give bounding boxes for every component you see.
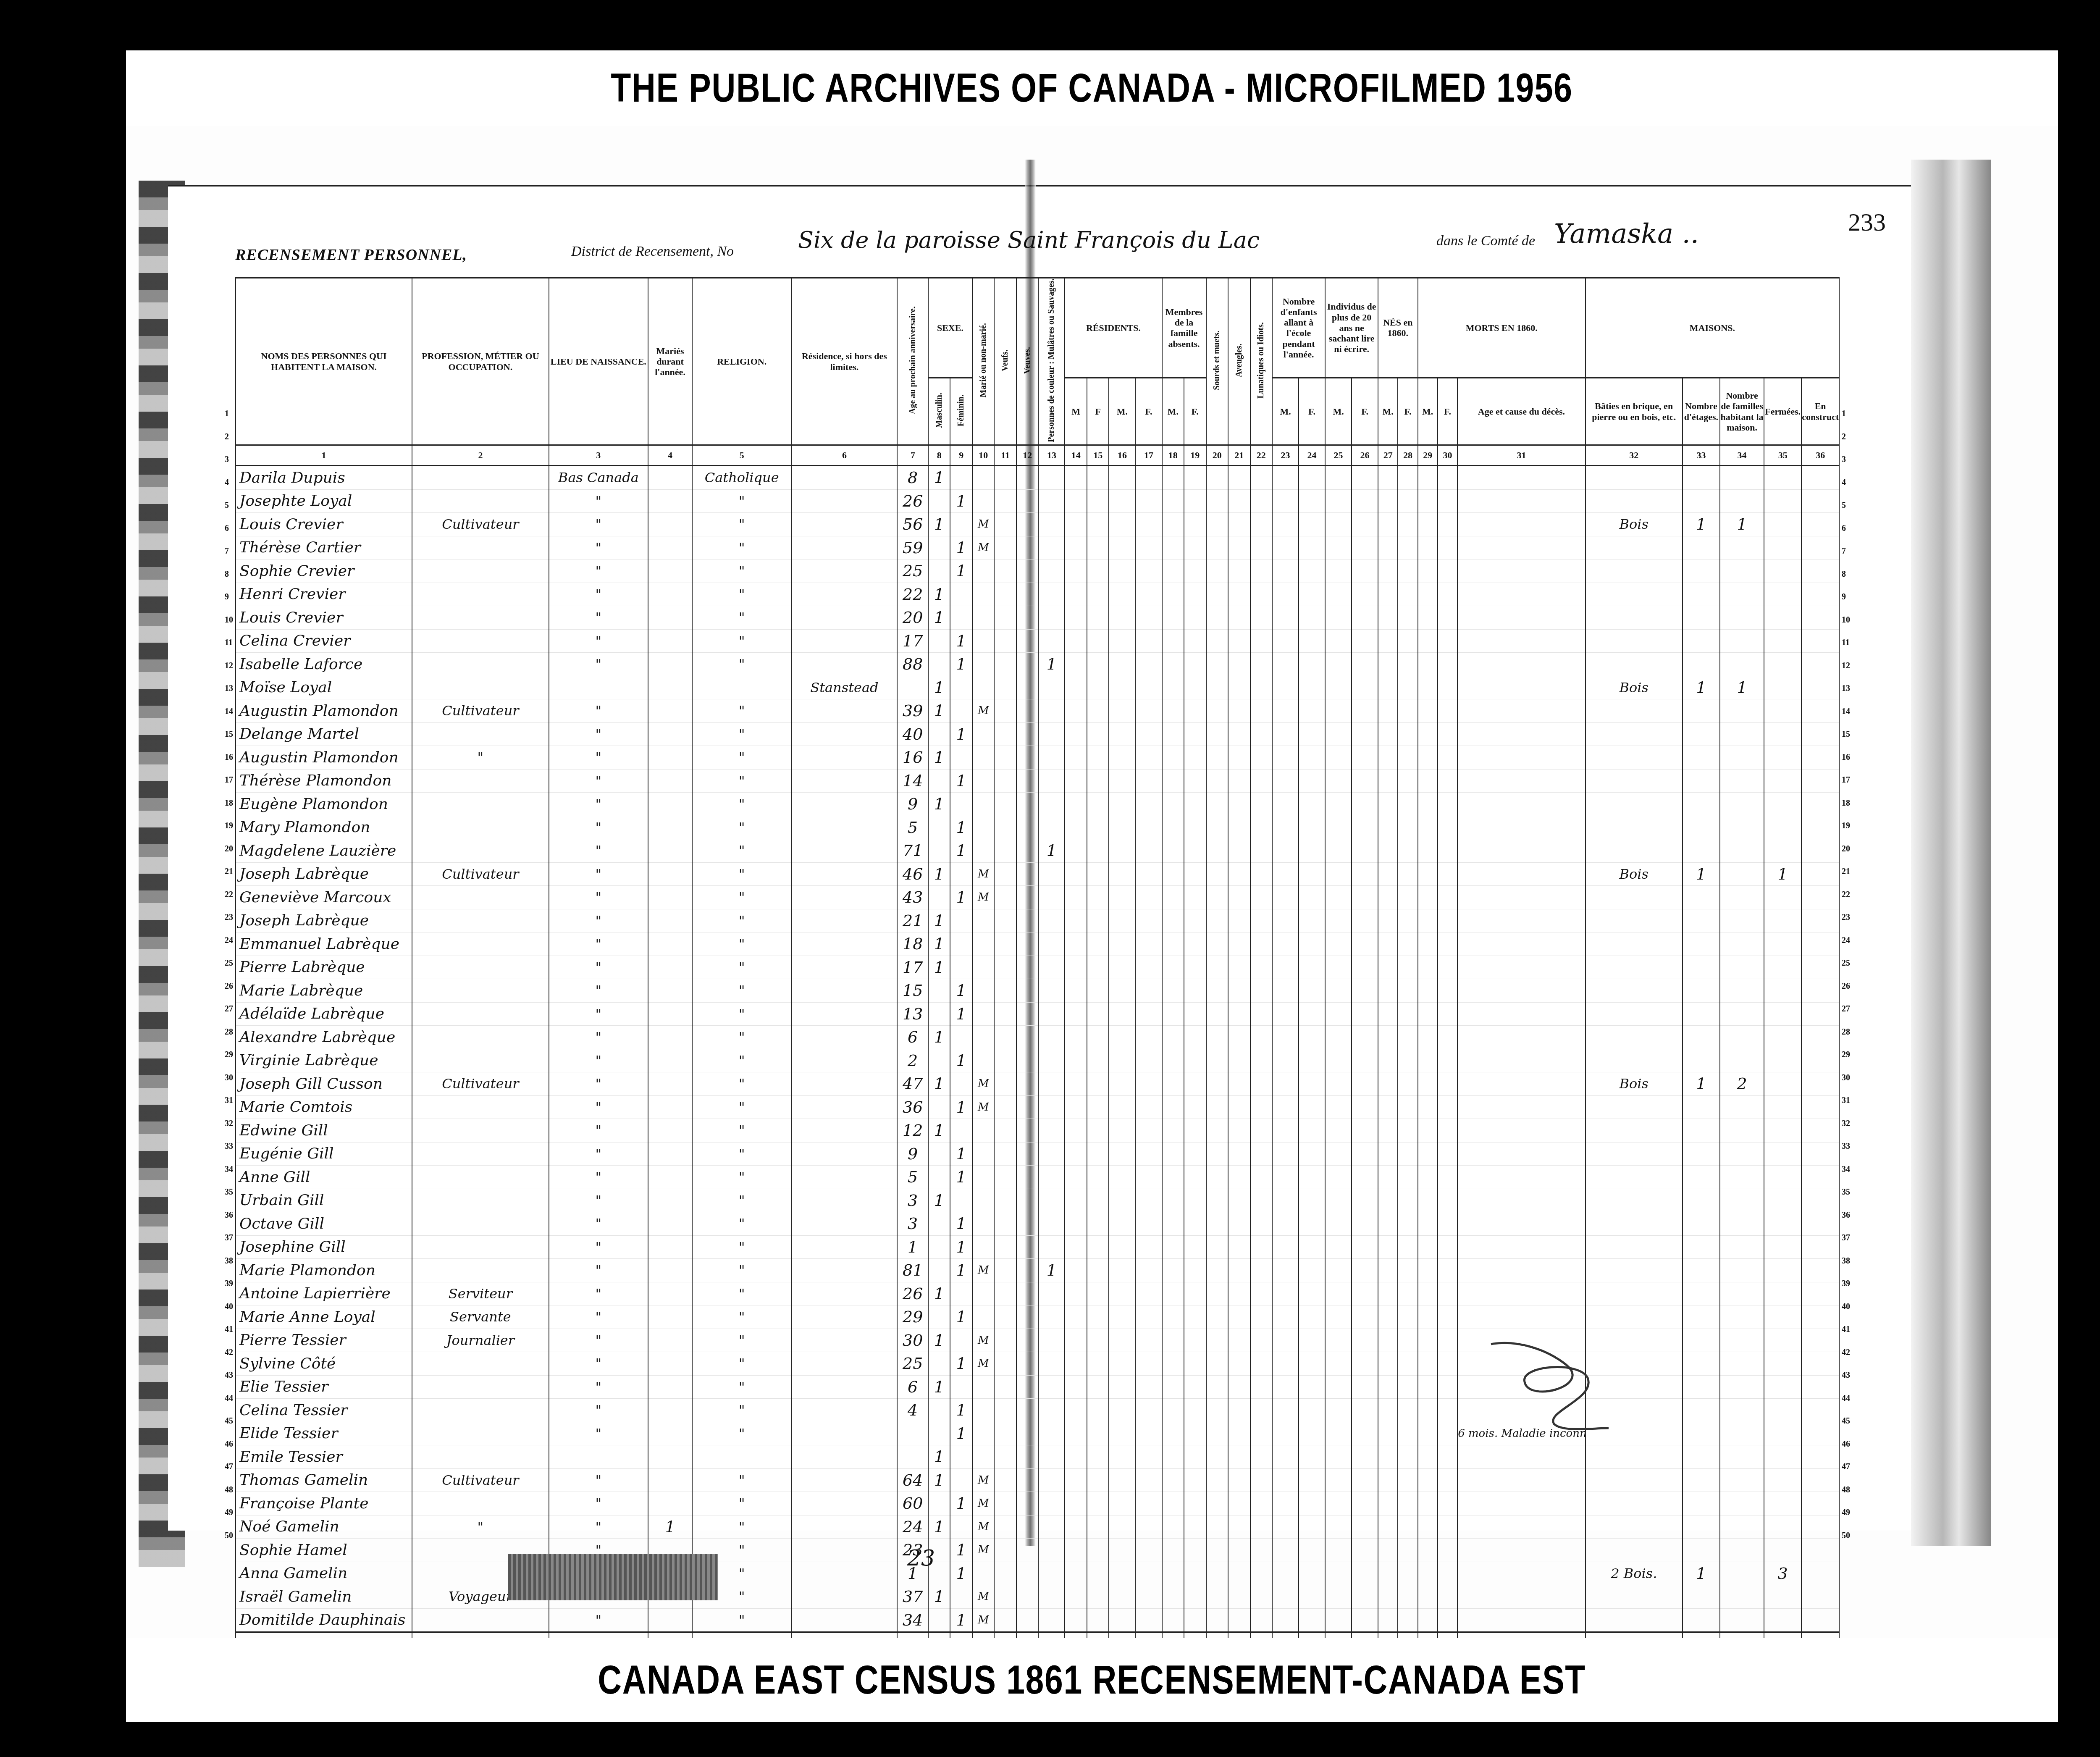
row-number: 8 [1842, 563, 1858, 586]
cell-col-23 [1272, 746, 1299, 770]
cell-col-18 [1162, 793, 1184, 816]
cell-col-22 [1250, 1166, 1273, 1189]
sex-male: 1 [928, 1375, 950, 1399]
cell-col-24 [1299, 909, 1325, 932]
age: 8 [897, 466, 928, 490]
cell-col-29 [1418, 1562, 1438, 1585]
residence [791, 1585, 897, 1609]
sex-female: 1 [950, 489, 972, 513]
cell-col-12 [1016, 699, 1039, 723]
sex-female: 1 [950, 1235, 972, 1259]
cell-col-29 [1418, 536, 1438, 559]
cell-col-24 [1299, 979, 1325, 1003]
cell-col-12 [1016, 1119, 1039, 1142]
table-row: Sophie Hamel""231M [236, 1539, 1839, 1562]
cell-col-21 [1228, 1235, 1250, 1259]
district-value: Six de la paroisse Saint François du Lac [798, 227, 1260, 253]
cell-col-28 [1398, 932, 1417, 956]
cell-col-36 [1801, 1492, 1839, 1515]
cell-col-19 [1184, 676, 1206, 699]
cell-col-4 [648, 1002, 692, 1026]
row-number: 3 [225, 448, 235, 471]
death-cause [1457, 1445, 1585, 1469]
sex-female: 1 [950, 1539, 972, 1562]
cell-col-34 [1720, 1002, 1764, 1026]
married [972, 1049, 995, 1072]
person-name: Thomas Gamelin [236, 1468, 412, 1492]
cell-col-21 [1228, 699, 1250, 723]
sex-female [950, 1375, 972, 1399]
cell-col-22 [1250, 956, 1273, 979]
cell-col-26 [1352, 1305, 1378, 1329]
married [972, 1026, 995, 1049]
cell-col-36 [1801, 699, 1839, 723]
death-cause [1457, 1562, 1585, 1585]
cell-col-28 [1398, 489, 1417, 513]
cell-col-21 [1228, 466, 1250, 490]
cell-col-22 [1250, 699, 1273, 723]
cell-col-20 [1206, 1119, 1228, 1142]
cell-col-30 [1438, 909, 1457, 932]
cell-col-19 [1184, 956, 1206, 979]
table-row: Anna Gamelin""112 Bois.13 [236, 1562, 1839, 1585]
cell-col-15 [1087, 1608, 1109, 1632]
house-material: Bois [1585, 1072, 1683, 1096]
row-number: 6 [225, 517, 235, 540]
cell-col-35 [1764, 559, 1801, 583]
age: 6 [897, 1026, 928, 1049]
cell-col-27 [1378, 699, 1398, 723]
cell-col-29 [1418, 1212, 1438, 1236]
cell-col-12 [1016, 466, 1039, 490]
cell-col-35 [1764, 583, 1801, 606]
cell-col-25 [1325, 559, 1352, 583]
cell-col-27 [1378, 536, 1398, 559]
profession [412, 1142, 549, 1166]
cell-col-18 [1162, 769, 1184, 793]
cell-col-26 [1352, 1189, 1378, 1212]
death-cause [1457, 559, 1585, 583]
cell-col-12 [1016, 629, 1039, 653]
cell-col-18 [1162, 1539, 1184, 1562]
house-material [1585, 536, 1683, 559]
profession [412, 979, 549, 1003]
age: 22 [897, 583, 928, 606]
age: 25 [897, 559, 928, 583]
sex-female: 1 [950, 1002, 972, 1026]
death-cause [1457, 909, 1585, 932]
cell-col-28 [1398, 653, 1417, 676]
cell-col-36 [1801, 1235, 1839, 1259]
cell-col-21 [1228, 1119, 1250, 1142]
sex-female [950, 956, 972, 979]
cell-col-34 [1720, 536, 1764, 559]
cell-col-34: 1 [1720, 676, 1764, 699]
cell-col-34 [1720, 1282, 1764, 1305]
cell-col-12 [1016, 909, 1039, 932]
sex-female [950, 606, 972, 630]
cell-col-24 [1299, 466, 1325, 490]
cell-col-13 [1038, 489, 1065, 513]
residence [791, 466, 897, 490]
cell-col-23 [1272, 1189, 1299, 1212]
cell-col-15 [1087, 722, 1109, 746]
cell-col-12 [1016, 559, 1039, 583]
sex-male: 1 [928, 1282, 950, 1305]
cell-col-15 [1087, 1095, 1109, 1119]
house-material [1585, 1119, 1683, 1142]
cell-col-23 [1272, 722, 1299, 746]
sex-male [928, 536, 950, 559]
cell-col-30 [1438, 793, 1457, 816]
cell-col-28 [1398, 1072, 1417, 1096]
cell-col-12 [1016, 606, 1039, 630]
cell-col-13 [1038, 1492, 1065, 1515]
cell-col-34 [1720, 583, 1764, 606]
married: M [972, 1352, 995, 1376]
cell-col-23 [1272, 1422, 1299, 1445]
cell-col-30 [1438, 1235, 1457, 1259]
cell-col-29 [1418, 466, 1438, 490]
cell-col-26 [1352, 1399, 1378, 1422]
birthplace: " [549, 1235, 648, 1259]
col-13-header: Personnes de couleur : Mulâtres ou Sauva… [1038, 278, 1065, 445]
religion: " [692, 699, 791, 723]
profession [412, 489, 549, 513]
cell-col-21 [1228, 1352, 1250, 1376]
cell-col-18 [1162, 979, 1184, 1003]
sex-male: 1 [928, 1189, 950, 1212]
cell-col-22 [1250, 1095, 1273, 1119]
religion: " [692, 1189, 791, 1212]
profession [412, 1049, 549, 1072]
cell-col-36 [1801, 1329, 1839, 1352]
married: M [972, 1608, 995, 1632]
profession [412, 583, 549, 606]
cell-col-26 [1352, 862, 1378, 886]
death-cause [1457, 583, 1585, 606]
sex-female [950, 1468, 972, 1492]
cell-col-30 [1438, 1445, 1457, 1469]
cell-col-17 [1135, 722, 1162, 746]
married [972, 629, 995, 653]
cell-col-29 [1418, 583, 1438, 606]
cell-col-18 [1162, 676, 1184, 699]
cell-col-18 [1162, 1095, 1184, 1119]
maisons-group-header: MAISONS. [1585, 278, 1839, 378]
cell-col-11 [994, 1492, 1016, 1515]
col-27-header: M. [1378, 378, 1398, 445]
cell-col-15 [1087, 1049, 1109, 1072]
column-number: 7 [897, 445, 928, 466]
cell-col-27 [1378, 1445, 1398, 1469]
profession [412, 1422, 549, 1445]
cell-col-4 [648, 1492, 692, 1515]
sex-female: 1 [950, 816, 972, 839]
person-name: Pierre Labrèque [236, 956, 412, 979]
cell-col-17 [1135, 629, 1162, 653]
cell-col-30 [1438, 1282, 1457, 1305]
cell-col-36 [1801, 1399, 1839, 1422]
cell-col-34 [1720, 1235, 1764, 1259]
table-row: Isabelle Laforce""8811 [236, 653, 1839, 676]
person-name: Eugénie Gill [236, 1142, 412, 1166]
house-material [1585, 1539, 1683, 1562]
cell-col-17 [1135, 559, 1162, 583]
column-number: 33 [1683, 445, 1720, 466]
row-number: 20 [225, 838, 235, 861]
birthplace: " [549, 513, 648, 536]
cell-col-25 [1325, 583, 1352, 606]
cell-col-12 [1016, 513, 1039, 536]
cell-col-33 [1683, 1166, 1720, 1189]
row-number: 13 [225, 677, 235, 700]
sex-male: 1 [928, 956, 950, 979]
religion: " [692, 1608, 791, 1632]
cell-col-15 [1087, 466, 1109, 490]
cell-col-23 [1272, 1492, 1299, 1515]
profession: Cultivateur [412, 513, 549, 536]
cell-col-29 [1418, 979, 1438, 1003]
cell-col-13 [1038, 1539, 1065, 1562]
cell-col-14 [1065, 1189, 1087, 1212]
row-number: 10 [1842, 609, 1858, 632]
cell-col-23 [1272, 956, 1299, 979]
house-material [1585, 1492, 1683, 1515]
top-title-strip: THE PUBLIC ARCHIVES OF CANADA - MICROFIL… [126, 50, 2058, 126]
cell-col-26 [1352, 1212, 1378, 1236]
cell-col-15 [1087, 606, 1109, 630]
religion: " [692, 1375, 791, 1399]
cell-col-33 [1683, 793, 1720, 816]
cell-col-24 [1299, 583, 1325, 606]
illettres-group-header: Individus de plus de 20 ans ne sachant l… [1325, 278, 1378, 378]
cell-col-27 [1378, 1095, 1398, 1119]
cell-col-19 [1184, 1492, 1206, 1515]
cell-col-16 [1109, 956, 1135, 979]
person-name: Joseph Labrèque [236, 909, 412, 932]
cell-col-29 [1418, 1608, 1438, 1632]
cell-col-19 [1184, 1352, 1206, 1376]
cell-col-36 [1801, 932, 1839, 956]
profession [412, 629, 549, 653]
cell-col-21 [1228, 1142, 1250, 1166]
cell-col-22 [1250, 1445, 1273, 1469]
sex-female [950, 932, 972, 956]
cell-col-23 [1272, 489, 1299, 513]
cell-col-20 [1206, 559, 1228, 583]
married [972, 1375, 995, 1399]
cell-col-4 [648, 1259, 692, 1282]
cell-col-35 [1764, 606, 1801, 630]
cell-col-17 [1135, 1026, 1162, 1049]
col-11-header: Veufs. [994, 278, 1016, 445]
cell-col-27 [1378, 1026, 1398, 1049]
cell-col-12 [1016, 583, 1039, 606]
cell-col-19 [1184, 769, 1206, 793]
house-material [1585, 979, 1683, 1003]
birthplace: " [549, 1422, 648, 1445]
row-number: 24 [1842, 929, 1858, 952]
cell-col-13 [1038, 746, 1065, 770]
person-name: Augustin Plamondon [236, 746, 412, 770]
cell-col-11 [994, 746, 1016, 770]
cell-col-35 [1764, 769, 1801, 793]
cell-col-12 [1016, 1002, 1039, 1026]
cell-col-33 [1683, 1142, 1720, 1166]
cell-col-29 [1418, 1142, 1438, 1166]
cell-col-21 [1228, 1445, 1250, 1469]
cell-col-23 [1272, 536, 1299, 559]
cell-col-28 [1398, 513, 1417, 536]
cell-col-16 [1109, 816, 1135, 839]
sex-male [928, 1259, 950, 1282]
cell-col-36 [1801, 862, 1839, 886]
person-name: Augustin Plamondon [236, 699, 412, 723]
religion: " [692, 909, 791, 932]
cell-col-15 [1087, 583, 1109, 606]
cell-col-12 [1016, 862, 1039, 886]
cell-col-4 [648, 629, 692, 653]
person-name: Marie Labrèque [236, 979, 412, 1003]
row-number: 40 [1842, 1295, 1858, 1318]
row-number: 4 [225, 471, 235, 494]
cell-col-4 [648, 536, 692, 559]
profession [412, 1212, 549, 1236]
birthplace: " [549, 1119, 648, 1142]
cell-col-19 [1184, 1305, 1206, 1329]
cell-col-34 [1720, 653, 1764, 676]
cell-col-21 [1228, 606, 1250, 630]
row-number: 48 [225, 1479, 235, 1502]
table-row: Thomas GamelinCultivateur""641M [236, 1468, 1839, 1492]
cell-col-20 [1206, 1002, 1228, 1026]
cell-col-18 [1162, 816, 1184, 839]
cell-col-24 [1299, 676, 1325, 699]
cell-col-14 [1065, 1492, 1087, 1515]
col-16-header: M. [1109, 378, 1135, 445]
cell-col-28 [1398, 1259, 1417, 1282]
table-row: Joseph Labrèque""211 [236, 909, 1839, 932]
column-number: 36 [1801, 445, 1839, 466]
cell-col-18 [1162, 489, 1184, 513]
column-number: 26 [1352, 445, 1378, 466]
cell-col-13 [1038, 1235, 1065, 1259]
cell-col-17 [1135, 513, 1162, 536]
cell-col-25 [1325, 746, 1352, 770]
cell-col-13 [1038, 1515, 1065, 1539]
cell-col-20 [1206, 746, 1228, 770]
cell-col-27 [1378, 1492, 1398, 1515]
cell-col-20 [1206, 1375, 1228, 1399]
profession [412, 1445, 549, 1469]
cell-col-35 [1764, 1259, 1801, 1282]
table-row: Joseph LabrèqueCultivateur""461MBois11 [236, 862, 1839, 886]
profession [412, 676, 549, 699]
cell-col-13: 1 [1038, 839, 1065, 863]
cell-col-4 [648, 489, 692, 513]
house-material [1585, 1189, 1683, 1212]
birthplace: " [549, 769, 648, 793]
cell-col-22 [1250, 559, 1273, 583]
comte-value: Yamaska .. [1554, 218, 1699, 249]
cell-col-30 [1438, 1166, 1457, 1189]
cell-col-29 [1418, 909, 1438, 932]
cell-col-33 [1683, 1539, 1720, 1562]
person-name: Sophie Crevier [236, 559, 412, 583]
religion: " [692, 1142, 791, 1166]
cell-col-33 [1683, 909, 1720, 932]
cell-col-12 [1016, 676, 1039, 699]
row-number: 18 [1842, 792, 1858, 815]
row-number: 22 [1842, 883, 1858, 906]
person-name: Isabelle Laforce [236, 653, 412, 676]
cell-col-36 [1801, 1002, 1839, 1026]
cell-col-30 [1438, 1539, 1457, 1562]
cell-col-14 [1065, 793, 1087, 816]
cell-col-36 [1801, 606, 1839, 630]
cell-col-18 [1162, 1468, 1184, 1492]
cell-col-23 [1272, 793, 1299, 816]
cell-col-14 [1065, 1539, 1087, 1562]
cell-col-4 [648, 1422, 692, 1445]
cell-col-26 [1352, 1422, 1378, 1445]
cell-col-30 [1438, 1142, 1457, 1166]
cell-col-23 [1272, 699, 1299, 723]
cell-col-29 [1418, 489, 1438, 513]
profession [412, 932, 549, 956]
col-12-header: Veuves. [1016, 278, 1039, 445]
cell-col-29 [1418, 1539, 1438, 1562]
row-number: 11 [1842, 631, 1858, 654]
cell-col-23 [1272, 1282, 1299, 1305]
cell-col-19 [1184, 1375, 1206, 1399]
cell-col-14 [1065, 676, 1087, 699]
person-name: Adélaïde Labrèque [236, 1002, 412, 1026]
house-material [1585, 769, 1683, 793]
cell-col-22 [1250, 1002, 1273, 1026]
cell-col-30 [1438, 1259, 1457, 1282]
married: M [972, 886, 995, 909]
sex-male [928, 629, 950, 653]
cell-col-14 [1065, 979, 1087, 1003]
cell-col-19 [1184, 559, 1206, 583]
cell-col-21 [1228, 1562, 1250, 1585]
row-number: 1 [225, 402, 235, 425]
cell-col-33 [1683, 699, 1720, 723]
cell-col-11 [994, 653, 1016, 676]
cell-col-29 [1418, 1422, 1438, 1445]
sex-male [928, 1422, 950, 1445]
cell-col-36 [1801, 583, 1839, 606]
cell-col-17 [1135, 886, 1162, 909]
sex-male [928, 886, 950, 909]
cell-col-14 [1065, 699, 1087, 723]
profession [412, 1352, 549, 1376]
residence [791, 816, 897, 839]
cell-col-4 [648, 699, 692, 723]
cell-col-33 [1683, 1235, 1720, 1259]
cell-col-29 [1418, 932, 1438, 956]
cell-col-21 [1228, 536, 1250, 559]
cell-col-18 [1162, 1002, 1184, 1026]
house-material [1585, 1445, 1683, 1469]
row-number: 15 [1842, 723, 1858, 746]
row-number: 48 [1842, 1479, 1858, 1502]
cell-col-24 [1299, 839, 1325, 863]
religion: " [692, 629, 791, 653]
birthplace: " [549, 909, 648, 932]
